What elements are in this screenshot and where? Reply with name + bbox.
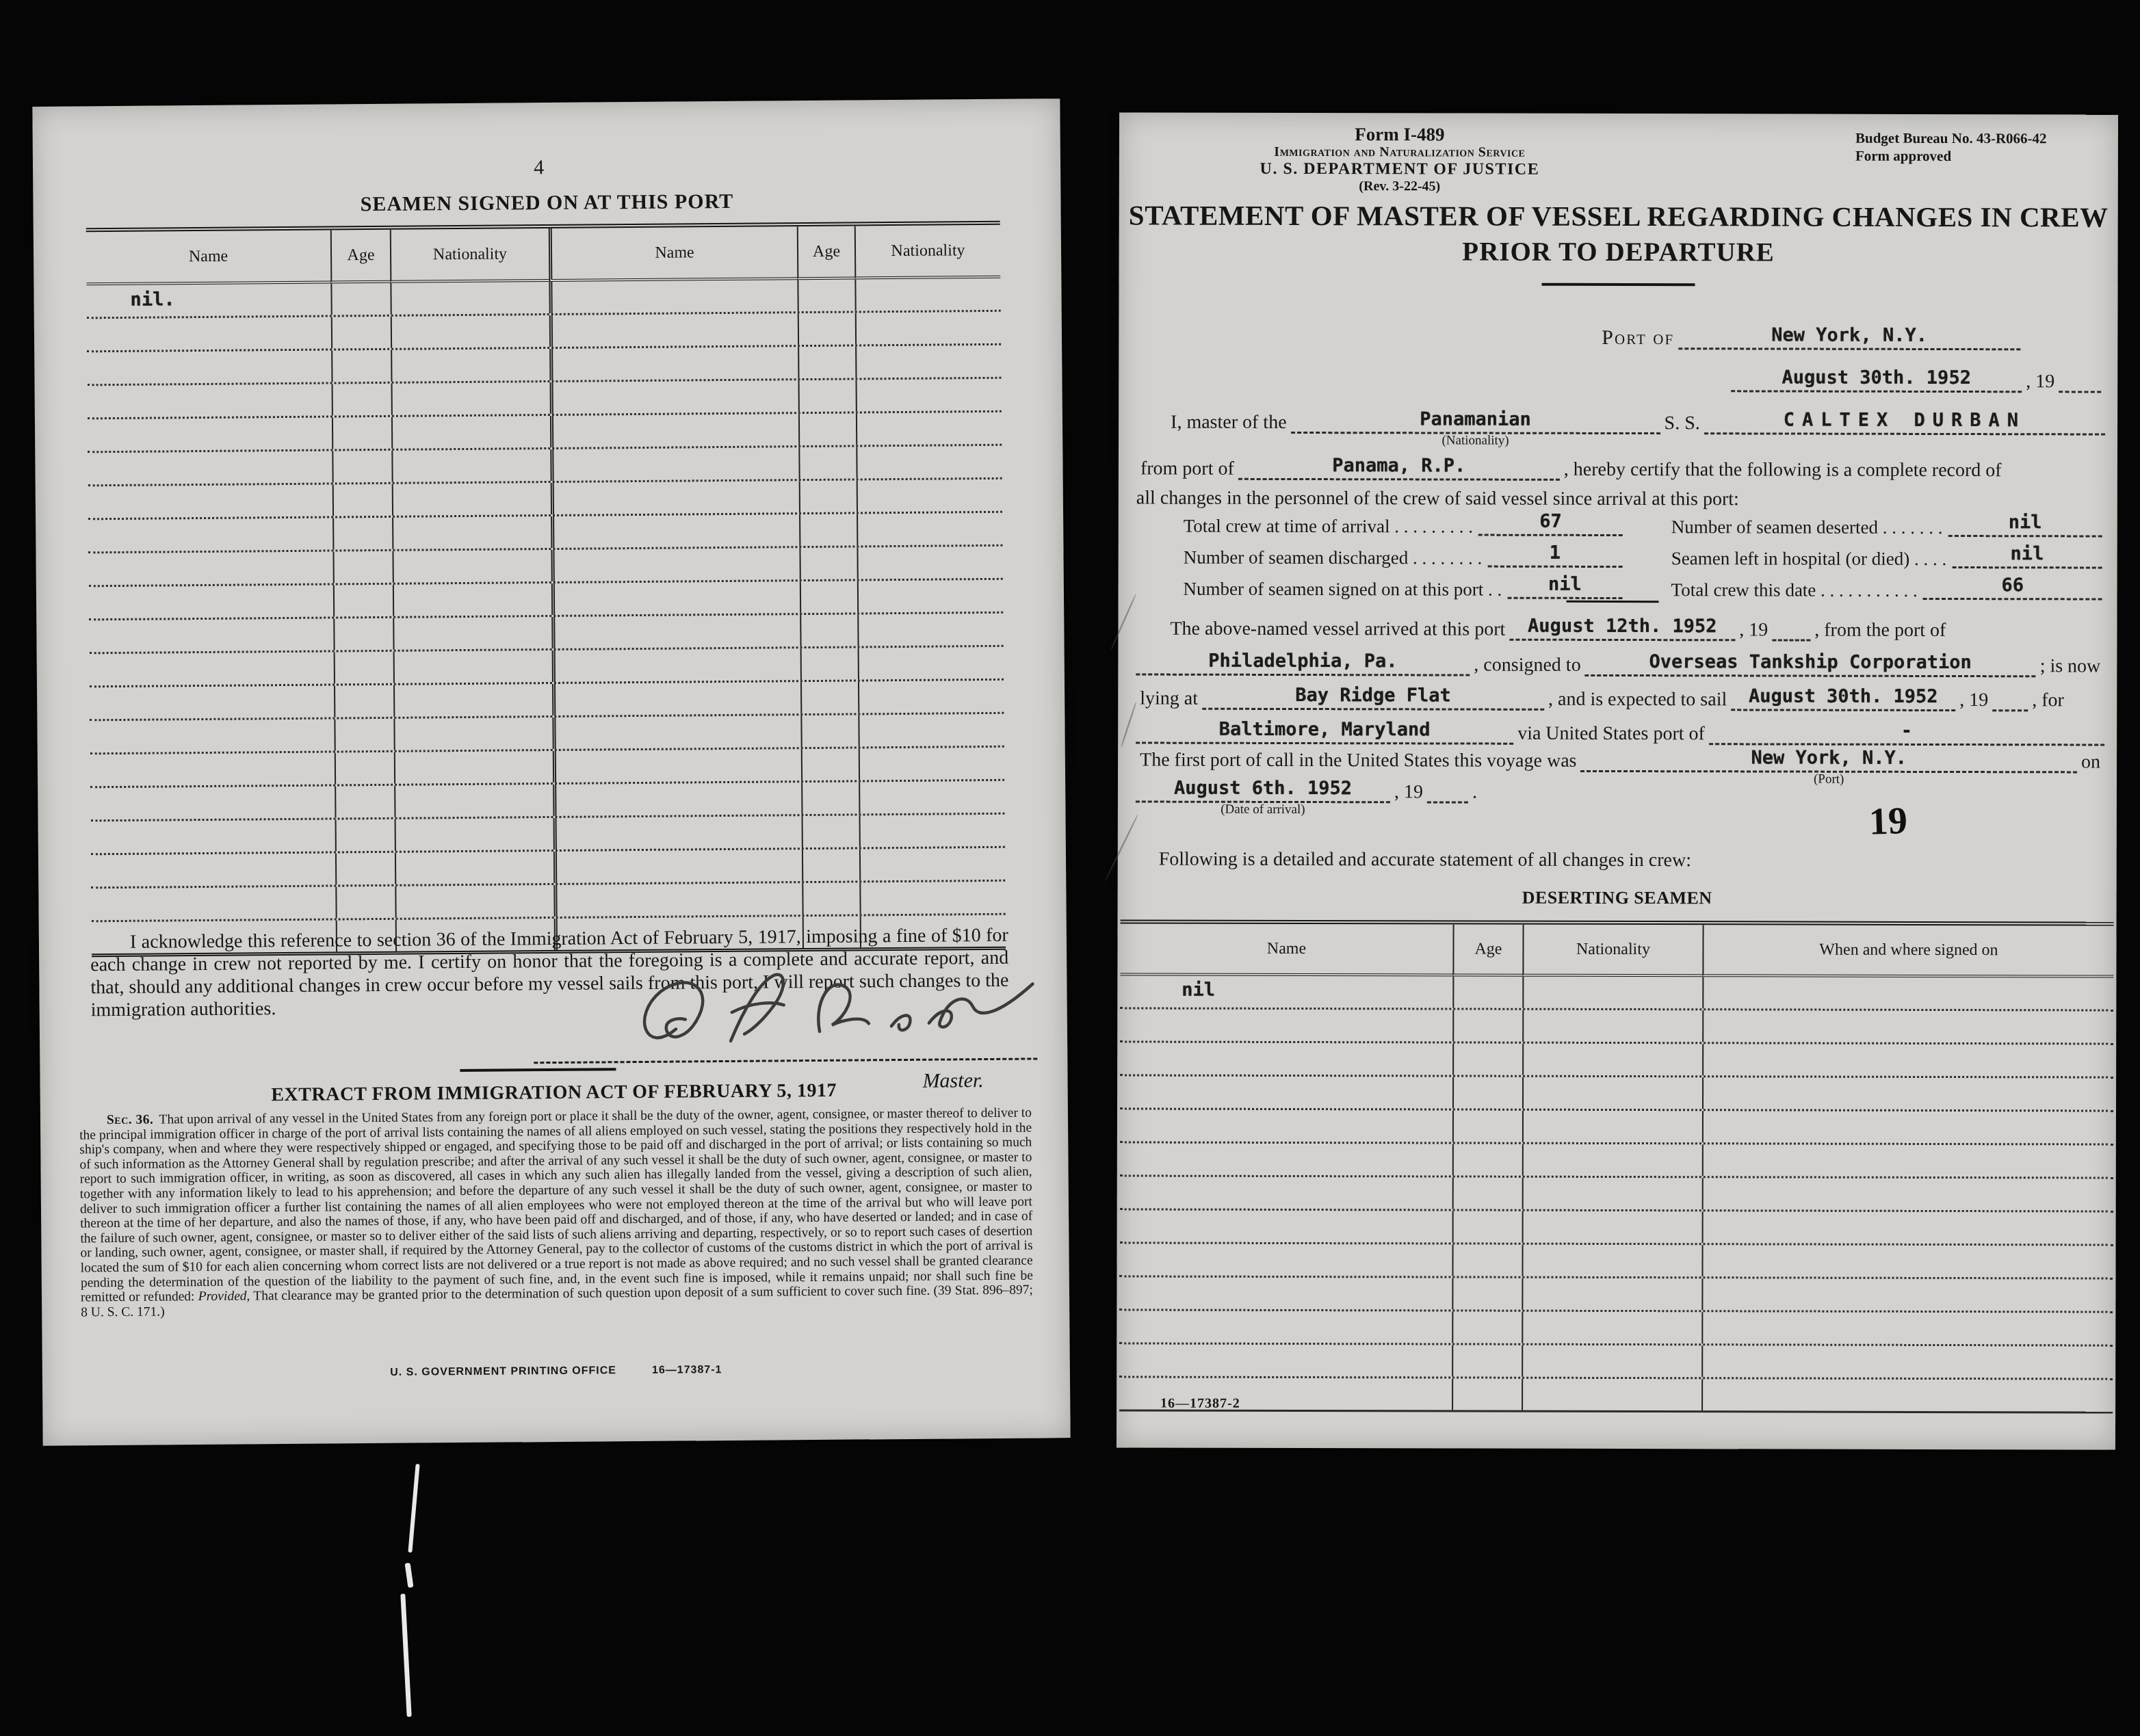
origin-port: Philadelphia, Pa.	[1208, 650, 1397, 672]
table-cell	[798, 413, 856, 445]
table-cell	[553, 816, 802, 850]
stat-label: Total crew at time of arrival . . . . . …	[1184, 516, 1473, 536]
stat-value: 1	[1550, 542, 1561, 564]
table-cell	[393, 617, 551, 650]
following-statement: Following is a detailed and accurate sta…	[1159, 849, 1691, 872]
consignee-field: Overseas Tankship Corporation	[1585, 646, 2036, 677]
table-cell	[857, 580, 1003, 613]
stat-row: Total crew this date . . . . . . . . . .…	[1671, 572, 2102, 600]
nil-entry: nil	[1120, 979, 1215, 1000]
table-row: nil	[1120, 975, 2113, 1011]
table-cell	[800, 648, 858, 680]
table-body: nil	[1119, 975, 2113, 1413]
table-row	[1120, 1210, 2113, 1246]
stat-field: 67	[1478, 505, 1623, 536]
section-label: Sec. 36.	[107, 1113, 154, 1128]
table-cell	[91, 853, 335, 886]
table-cell	[1452, 976, 1522, 1008]
table-cell	[800, 614, 857, 646]
ss-prefix: S. S.	[1660, 413, 1704, 434]
table-cell	[799, 547, 857, 579]
table-cell	[1701, 1278, 2113, 1311]
table-cell	[1522, 1077, 1702, 1109]
table-body: nil.	[86, 278, 1006, 957]
table-cell	[856, 412, 1002, 445]
table-cell	[1119, 1277, 1452, 1309]
table-cell	[1702, 1211, 2113, 1244]
scan-artifact	[408, 1464, 419, 1553]
table-cell: nil.	[86, 284, 330, 317]
table-cell	[334, 685, 393, 718]
period: .	[1468, 782, 1481, 803]
table-cell	[1452, 1278, 1522, 1309]
table-cell	[552, 648, 800, 682]
table-row	[1120, 1143, 2113, 1179]
table-cell	[1701, 1345, 2113, 1378]
stat-label: Number of seamen deserted . . . . . . .	[1671, 517, 1943, 537]
port-field: New York, N.Y.	[1678, 319, 2020, 350]
table-row	[1119, 1244, 2113, 1279]
table-row	[1119, 1344, 2113, 1380]
column-header-signed-on: When and where signed on	[1702, 925, 2113, 977]
table-cell	[1702, 977, 2113, 1009]
stat-field: nil	[1507, 568, 1622, 599]
is-now-text: ; is now	[2036, 656, 2105, 677]
table-cell	[553, 782, 801, 816]
table-cell	[1702, 1178, 2113, 1210]
table-cell	[551, 481, 799, 514]
table-cell	[551, 548, 799, 581]
table-cell	[331, 317, 391, 349]
scan-artifact	[400, 1594, 411, 1717]
table-cell	[1701, 1379, 2113, 1411]
year-field	[2059, 362, 2101, 393]
year-field	[1427, 772, 1468, 803]
stat-row: Number of seamen signed on at this port …	[1184, 571, 1623, 599]
table-cell	[800, 715, 858, 747]
immigration-act-extract: Sec. 36.That upon arrival of any vessel …	[79, 1106, 1033, 1320]
table-cell	[549, 313, 798, 347]
stat-row: Number of seamen discharged . . . . . . …	[1184, 540, 1623, 568]
year-field	[1772, 610, 1810, 641]
column-header-nationality: Nationality	[390, 228, 549, 283]
table-cell	[1120, 1009, 1452, 1041]
from-port-value: Panama, R.P.	[1332, 455, 1465, 476]
form-title-line2: PRIOR TO DEPARTURE	[1119, 235, 2118, 268]
table-row	[1119, 1311, 2113, 1346]
service-name: Immigration and Naturalization Service	[1222, 144, 1578, 160]
table-cell: nil	[1120, 975, 1452, 1008]
provided-word: Provided,	[198, 1289, 250, 1304]
table-cell	[333, 585, 393, 617]
stat-value: 66	[2001, 575, 2024, 596]
table-cell	[391, 315, 549, 348]
table-cell	[1119, 1244, 1452, 1276]
table-cell	[857, 479, 1002, 512]
year-prefix: , 19	[1955, 690, 1992, 711]
stat-field: 66	[1923, 569, 2102, 601]
first-arrival-date-field: August 6th. 1952 (Date of arrival)	[1136, 772, 1390, 804]
column-header-name: Name	[549, 226, 798, 282]
port-value: New York, N.Y.	[1771, 324, 1927, 345]
table-cell	[1522, 977, 1702, 1009]
statement-date: August 30th. 1952	[1782, 367, 1971, 389]
table-cell	[1702, 1111, 2113, 1143]
first-port-label: The first port of call in the United Sta…	[1136, 750, 1580, 772]
first-arrival-line: August 6th. 1952 (Date of arrival) , 19 …	[1136, 772, 1481, 804]
stat-field: 1	[1487, 537, 1622, 568]
table-cell	[798, 313, 855, 345]
deserting-seamen-title: DESERTING SEAMEN	[1118, 886, 2117, 909]
destination: Baltimore, Maryland	[1219, 719, 1431, 741]
table-cell	[88, 451, 332, 485]
table-cell	[1522, 1278, 1701, 1311]
table-cell	[90, 752, 335, 786]
date-of-arrival-caption: (Date of arrival)	[1136, 802, 1390, 818]
table-cell	[393, 583, 551, 616]
table-cell	[801, 748, 859, 780]
from-port-text: , from the port of	[1810, 620, 1950, 642]
sail-date: August 30th. 1952	[1749, 685, 1937, 707]
table-cell	[333, 618, 393, 650]
table-row	[1119, 1378, 2113, 1413]
table-cell	[859, 882, 1005, 915]
gpo-text: U. S. GOVERNMENT PRINTING OFFICE	[390, 1365, 616, 1378]
column-header-age: Age	[1452, 924, 1522, 976]
stat-field: nil	[1952, 538, 2102, 568]
table-cell	[1119, 1311, 1452, 1343]
year-prefix: , 19	[1390, 782, 1427, 803]
table-cell	[1452, 1378, 1522, 1410]
table-cell	[332, 417, 391, 449]
port-label: Port of	[1597, 327, 1678, 350]
table-cell	[1120, 1076, 1452, 1108]
table-cell	[395, 818, 553, 851]
section-divider	[460, 1068, 616, 1072]
table-cell	[800, 581, 857, 613]
table-cell	[1452, 1110, 1522, 1142]
table-cell	[798, 346, 855, 378]
stat-value: nil	[2011, 543, 2044, 564]
table-cell	[395, 852, 553, 884]
berth-field: Bay Ridge Flat	[1202, 679, 1544, 711]
stat-value: 67	[1539, 511, 1562, 532]
table-cell	[393, 650, 552, 683]
table-cell	[330, 283, 390, 315]
table-cell	[553, 749, 801, 782]
table-cell	[856, 446, 1002, 479]
table-cell	[90, 685, 334, 719]
table-cell	[87, 317, 331, 351]
year-prefix: , 19	[2022, 371, 2059, 393]
right-page: Form I-489 Immigration and Naturalizatio…	[1117, 112, 2118, 1449]
table-row	[1120, 1076, 2113, 1112]
deserting-seamen-table: Name Age Nationality When and where sign…	[1119, 919, 2114, 1413]
table-cell	[1522, 1010, 1702, 1042]
table-cell	[91, 819, 335, 853]
table-cell	[799, 480, 857, 512]
table-header-row: Name Age Nationality Name Age Nationalit…	[86, 225, 1001, 285]
table-cell	[859, 815, 1005, 847]
table-cell	[1522, 1044, 1702, 1076]
table-cell	[332, 451, 391, 483]
from-port-row: from port of Panama, R.P. , hereby certi…	[1136, 449, 2105, 482]
table-cell	[801, 782, 859, 814]
plate-number: 16—17387-2	[1160, 1396, 1240, 1412]
via-value: -	[1901, 720, 1912, 741]
budget-bureau-number: Budget Bureau No. 43-R066-42	[1855, 129, 2047, 148]
stamp-19: 19	[1868, 799, 1908, 844]
stat-label: Seamen left in hospital (or died) . . . …	[1671, 549, 1947, 568]
table-cell	[1119, 1344, 1452, 1376]
table-cell	[858, 681, 1004, 713]
table-cell	[88, 518, 332, 552]
table-cell	[331, 350, 391, 382]
first-port-line: The first port of call in the United Sta…	[1136, 741, 2104, 774]
table-cell	[858, 647, 1004, 680]
table-cell	[391, 349, 549, 382]
table-cell	[549, 280, 797, 313]
table-cell	[332, 484, 392, 516]
table-cell	[550, 414, 798, 447]
table-cell	[1702, 1144, 2113, 1176]
left-page: 4 SEAMEN SIGNED ON AT THIS PORT Name Age…	[32, 98, 1070, 1446]
column-header-name: Name	[86, 231, 331, 286]
column-header-age: Age	[330, 230, 391, 284]
table-cell	[332, 518, 392, 550]
table-cell	[1452, 1144, 1522, 1175]
arrival-date-field: August 12th. 1952	[1509, 610, 1735, 642]
table-cell	[797, 279, 854, 311]
form-number: Form I-489	[1222, 124, 1578, 145]
table-cell	[549, 347, 798, 380]
table-cell	[1452, 1077, 1522, 1108]
budget-bureau-block: Budget Bureau No. 43-R066-42 Form approv…	[1855, 129, 2047, 166]
table-cell	[88, 418, 332, 451]
table-cell	[859, 848, 1005, 881]
column-header-name: Name	[1120, 923, 1452, 976]
table-cell	[854, 278, 1000, 311]
arrival-date: August 12th. 1952	[1528, 616, 1717, 637]
origin-port-field: Philadelphia, Pa.	[1136, 645, 1470, 676]
table-cell	[1522, 1211, 1702, 1244]
table-cell	[391, 449, 550, 482]
table-cell	[552, 715, 800, 749]
table-row	[1120, 1042, 2113, 1078]
table-cell	[1120, 1210, 1452, 1242]
page-number: 4	[534, 156, 544, 179]
for-label: , for	[2028, 690, 2068, 711]
table-cell	[859, 781, 1004, 814]
table-cell	[393, 718, 552, 750]
table-cell	[89, 585, 333, 618]
column-header-nationality: Nationality	[854, 225, 1001, 280]
table-cell	[553, 850, 802, 883]
table-cell	[1522, 1379, 1701, 1411]
table-cell	[550, 380, 798, 414]
master-intro: I, master of the	[1166, 412, 1291, 434]
from-port-field: Panama, R.P.	[1238, 449, 1560, 481]
table-cell	[855, 312, 1001, 345]
table-cell	[391, 416, 550, 449]
stat-label: Number of seamen signed on at this port …	[1184, 579, 1502, 599]
table-cell	[552, 682, 800, 715]
table-cell	[858, 714, 1004, 747]
arrival-line1: The above-named vessel arrived at this p…	[1166, 609, 2104, 642]
table-cell	[335, 886, 395, 919]
column-header-age: Age	[797, 226, 855, 280]
table-cell	[1452, 1345, 1522, 1376]
table-row	[1120, 1109, 2113, 1145]
seamen-signed-table: Name Age Nationality Name Age Nationalit…	[86, 221, 1006, 957]
date-row: August 30th. 1952 , 19	[1731, 361, 2101, 393]
table-cell	[395, 885, 553, 918]
scan-artifact	[1120, 702, 1137, 748]
table-cell	[1452, 1010, 1522, 1041]
table-cell	[1522, 1312, 1701, 1344]
table-cell	[394, 785, 553, 817]
certify-text: , hereby certify that the following is a…	[1560, 460, 2006, 482]
sail-date-field: August 30th. 1952	[1731, 680, 1955, 711]
table-row	[1119, 1277, 2113, 1313]
stat-label: Total crew this date . . . . . . . . . .…	[1671, 580, 1918, 600]
arrival-line3: lying at Bay Ridge Flat , and is expecte…	[1136, 679, 2104, 712]
lying-label: lying at	[1136, 688, 1202, 709]
table-cell	[392, 483, 551, 516]
table-cell	[1701, 1245, 2113, 1277]
table-cell	[1452, 1177, 1522, 1209]
table-cell	[1702, 1010, 2113, 1042]
table-cell	[335, 853, 395, 885]
first-port-field: New York, N.Y. (Port)	[1580, 741, 2077, 774]
table-cell	[335, 786, 394, 818]
stat-row: Number of seamen deserted . . . . . . . …	[1671, 509, 2102, 537]
on-label: on	[2077, 752, 2104, 773]
table-cell	[799, 514, 857, 546]
extract-text: That upon arrival of any vessel in the U…	[79, 1106, 1033, 1305]
table-cell	[90, 652, 334, 685]
table-cell	[856, 379, 1002, 412]
master-signature	[627, 958, 1045, 1064]
table-cell	[859, 748, 1004, 780]
port-caption: (Port)	[1580, 772, 2077, 788]
table-cell	[332, 551, 392, 583]
table-cell	[1120, 1176, 1452, 1209]
vessel-name: CALTEX DURBAN	[1784, 410, 2026, 432]
column-header-nationality: Nationality	[1522, 925, 1702, 977]
section-divider	[1567, 601, 1659, 603]
table-cell	[1452, 1311, 1522, 1343]
table-cell	[551, 581, 800, 615]
table-cell	[1522, 1144, 1702, 1176]
table-cell	[391, 382, 550, 415]
port-row: Port of New York, N.Y.	[1597, 319, 2020, 350]
title-rule	[1542, 283, 1695, 286]
consignee: Overseas Tankship Corporation	[1649, 651, 1971, 673]
table-cell	[88, 485, 332, 518]
table-header-row: Name Age Nationality When and where sign…	[1120, 923, 2113, 977]
table-cell	[393, 684, 552, 717]
table-cell	[334, 719, 393, 751]
department-name: U. S. DEPARTMENT OF JUSTICE	[1222, 159, 1578, 179]
scan-artifact	[1104, 813, 1139, 882]
form-identification-block: Form I-489 Immigration and Naturalizatio…	[1222, 124, 1578, 194]
scan-artifact	[405, 1563, 414, 1588]
table-cell	[1452, 1244, 1522, 1276]
table-cell	[857, 513, 1002, 546]
table-cell	[1120, 1109, 1452, 1142]
stat-row: Seamen left in hospital (or died) . . . …	[1671, 540, 2102, 568]
scanned-document: 4 SEAMEN SIGNED ON AT THIS PORT Name Age…	[0, 0, 2140, 1736]
table-cell	[1452, 1043, 1522, 1075]
table-cell	[335, 819, 395, 852]
stat-value: nil	[1548, 574, 1582, 595]
table-cell	[1702, 1077, 2113, 1109]
berth: Bay Ridge Flat	[1295, 685, 1451, 706]
table-cell	[857, 547, 1002, 579]
table-cell	[855, 345, 1001, 378]
table-cell	[392, 516, 551, 549]
table-cell	[1522, 1178, 1702, 1210]
arrival-lead: The above-named vessel arrived at this p…	[1166, 618, 1509, 640]
table-cell	[390, 282, 549, 315]
table-cell	[392, 550, 551, 583]
date-field: August 30th. 1952	[1731, 361, 2022, 393]
certify-text2: all changes in the personnel of the crew…	[1136, 488, 1739, 511]
table-cell	[1522, 1345, 1701, 1378]
table-cell	[1522, 1111, 1702, 1143]
table-cell	[87, 351, 331, 384]
table-cell	[89, 618, 333, 652]
vessel-nationality: Panamanian	[1420, 408, 1531, 430]
table-cell	[802, 815, 859, 847]
table-cell	[857, 614, 1003, 646]
stat-value: nil	[2009, 512, 2042, 533]
table-cell	[800, 681, 858, 713]
sail-label: , and is expected to sail	[1544, 689, 1731, 711]
vessel-name-field: CALTEX DURBAN	[1704, 404, 2105, 435]
table-cell	[334, 652, 393, 684]
table-row	[1120, 1009, 2113, 1044]
form-approved: Form approved	[1855, 147, 2047, 166]
table-cell	[332, 384, 391, 416]
plate-number: 16—17387-1	[652, 1364, 722, 1376]
table-cell	[551, 514, 799, 548]
table-cell	[335, 752, 394, 785]
table-cell	[802, 849, 859, 881]
extract-heading: EXTRACT FROM IMMIGRATION ACT OF FEBRUARY…	[40, 1078, 1068, 1108]
table-cell	[91, 886, 335, 920]
consigned-label: , consigned to	[1470, 655, 1584, 676]
table-cell	[88, 551, 332, 585]
arrival-line2: Philadelphia, Pa. , consigned to Oversea…	[1136, 645, 2104, 678]
table-cell	[553, 883, 802, 917]
gpo-footer: U. S. GOVERNMENT PRINTING OFFICE16—17387…	[42, 1361, 1070, 1382]
table-cell	[394, 751, 553, 784]
from-port-label: from port of	[1136, 458, 1238, 480]
table-cell	[1522, 1245, 1701, 1277]
table-cell	[1452, 1211, 1522, 1242]
stat-row: Total crew at time of arrival . . . . . …	[1184, 508, 1623, 536]
first-port: New York, N.Y.	[1751, 747, 1907, 768]
table-cell	[90, 786, 335, 819]
form-title-line1: STATEMENT OF MASTER OF VESSEL REGARDING …	[1119, 198, 2118, 233]
table-cell	[88, 384, 332, 418]
table-cell	[798, 447, 856, 479]
nationality-field: Panamanian (Nationality)	[1291, 403, 1660, 434]
stat-label: Number of seamen discharged . . . . . . …	[1184, 547, 1483, 567]
first-arrival-date: August 6th. 1952	[1174, 778, 1352, 800]
